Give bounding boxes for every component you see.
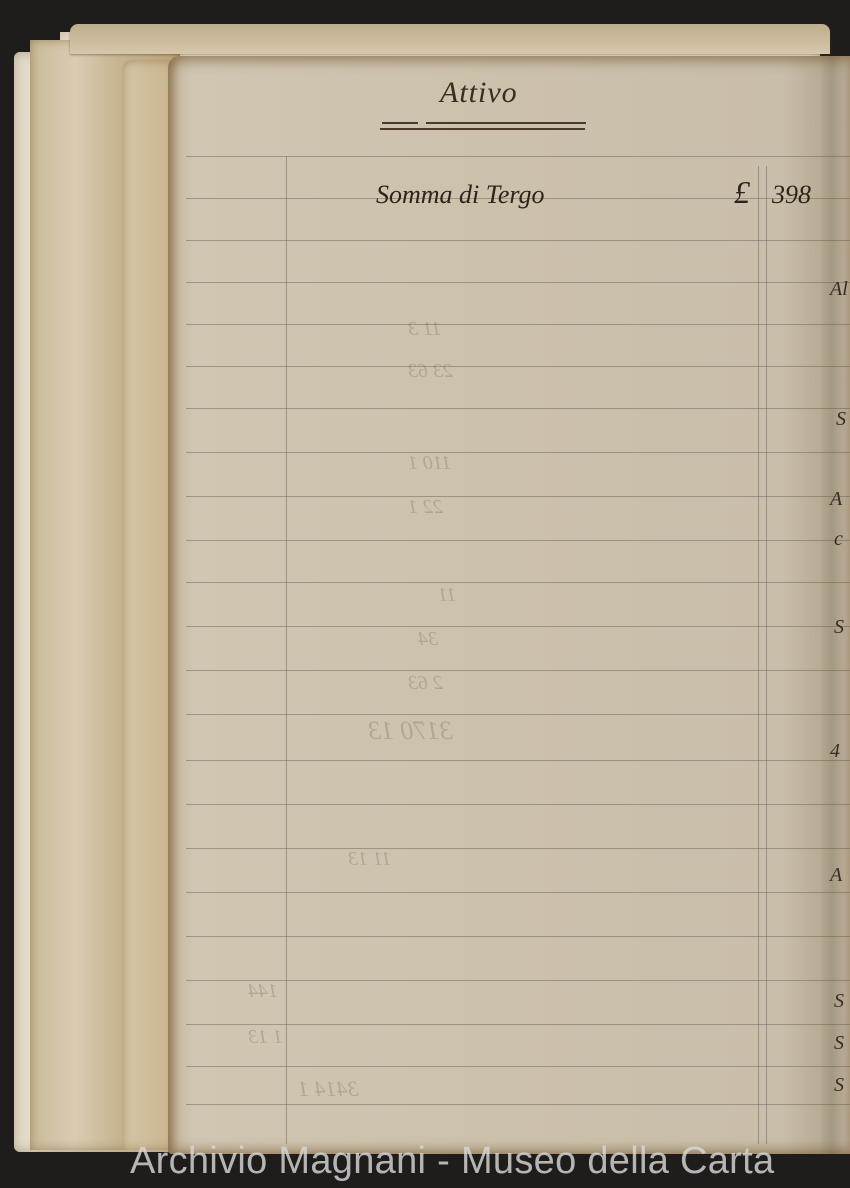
bleed-through-text: 3414 1 bbox=[298, 1076, 359, 1102]
ledger-page: 11 3 23 63 110 1 22 1 11 34 2 63 3170 13… bbox=[168, 56, 850, 1154]
pound-sign: £ bbox=[734, 174, 750, 211]
right-page-fragment: A bbox=[830, 488, 842, 511]
right-page-fragment: 4 bbox=[830, 740, 840, 763]
bleed-through-text: 11 3 bbox=[408, 318, 442, 341]
title-underline bbox=[382, 122, 418, 124]
right-page-fragment: S bbox=[834, 1074, 844, 1097]
amount-column-line bbox=[758, 166, 759, 1144]
right-page-fragment: A bbox=[830, 864, 842, 887]
archive-watermark: Archivio Magnani - Museo della Carta bbox=[130, 1140, 850, 1183]
bleed-through-text: 11 bbox=[438, 584, 457, 607]
carry-forward-label: Somma di Tergo bbox=[376, 180, 545, 210]
bleed-through-text: 23 63 bbox=[408, 360, 453, 383]
bleed-through-text: 22 1 bbox=[408, 496, 443, 519]
title-underline bbox=[380, 128, 585, 130]
bleed-through-text: 3170 13 bbox=[368, 716, 453, 746]
page-title: Attivo bbox=[440, 76, 518, 110]
bleed-through-text: 1 13 bbox=[248, 1026, 283, 1049]
bleed-through-text: 11 13 bbox=[348, 848, 392, 871]
bleed-through-text: 110 1 bbox=[408, 452, 452, 475]
amount-column-line bbox=[766, 166, 767, 1144]
right-page-fragment: S bbox=[834, 990, 844, 1013]
right-page-fragment: S bbox=[836, 408, 846, 431]
right-page-fragment: S bbox=[834, 616, 844, 639]
carry-forward-amount: 398 bbox=[772, 180, 811, 210]
title-underline bbox=[426, 122, 586, 124]
bleed-through-text: 2 63 bbox=[408, 672, 443, 695]
right-page-fragment: c bbox=[834, 528, 843, 551]
right-page-fragment: S bbox=[834, 1032, 844, 1055]
right-page-fragment: Al bbox=[830, 278, 848, 301]
bleed-through-text: 144 bbox=[248, 980, 278, 1003]
margin-column-line bbox=[286, 156, 287, 1144]
bleed-through-text: 34 bbox=[418, 628, 438, 651]
book-top-edge bbox=[70, 24, 830, 54]
